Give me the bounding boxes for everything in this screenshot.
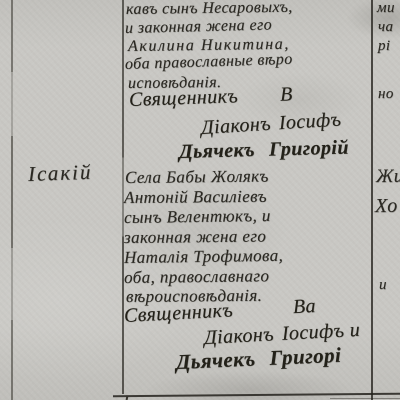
signature-line-deacon: ДіаконъІосифъ xyxy=(200,109,341,138)
right-column-rule xyxy=(371,0,373,400)
signature-name: Григорі xyxy=(269,343,342,370)
left-margin-rule xyxy=(11,0,13,400)
row-bottom-rule xyxy=(113,393,400,397)
row-bottom-rule-echo xyxy=(330,398,400,399)
entry-body-line: Наталія Трофимова, xyxy=(124,247,283,266)
entry-body-line: кавъ сынъ Несаровыхъ, xyxy=(126,0,293,18)
entry-body-line: сынъ Велентюкъ, и xyxy=(124,207,271,226)
entry-body-line: оба православные вѣро xyxy=(125,52,293,73)
entry-body-line: Села Бабы Жолякъ xyxy=(125,167,269,186)
next-entry-fragment xyxy=(126,396,129,400)
right-column-fragment: ча xyxy=(378,20,393,35)
signature-name: Григорій xyxy=(269,137,349,161)
signature-role: Діаконъ xyxy=(203,323,274,349)
signature-role: Священникъ xyxy=(123,299,233,327)
signature-role: Священникъ xyxy=(129,85,239,111)
right-column-fragment: Хо xyxy=(375,196,398,216)
signature-line-sexton: ДьячекъГригорій xyxy=(179,138,349,162)
entry-body-line: и законная жена его xyxy=(125,17,272,37)
right-column-fragment: и xyxy=(379,278,387,293)
signature-name: В xyxy=(280,83,293,105)
signature-name: Ва xyxy=(292,295,316,318)
signature-role: Дьячекъ xyxy=(175,347,256,374)
right-column-fragment: Жи xyxy=(376,167,400,186)
signature-role: Діаконъ xyxy=(200,113,271,139)
right-column-fragment: но xyxy=(378,87,394,102)
signature-line-sexton: ДьячекъГригорі xyxy=(176,345,342,373)
register-page-scan: кавъ сынъ Несаровыхъ, и законная жена ег… xyxy=(0,0,400,400)
signature-name: Іосифъ и xyxy=(281,319,360,345)
signature-name: Іосифъ xyxy=(278,108,342,134)
signature-role: Дьячекъ xyxy=(179,139,256,163)
entry-name: Ісакій xyxy=(28,162,93,185)
right-column-fragment: рі xyxy=(378,39,390,54)
entry-body-line: законная жена его xyxy=(124,228,266,246)
entry-body-line: оба, православнаго xyxy=(124,267,269,286)
signature-line-priest: СвященникъВ xyxy=(129,84,293,110)
right-column-fragment: ми xyxy=(377,1,395,16)
entry-body-line: Антоній Василіевъ xyxy=(124,188,267,206)
